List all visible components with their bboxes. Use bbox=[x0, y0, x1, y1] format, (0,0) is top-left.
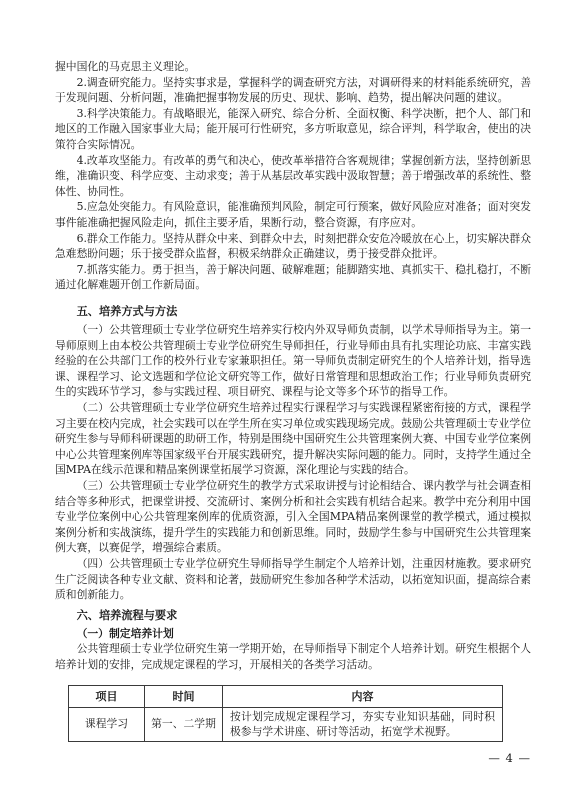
ability-item-4: 4.改革攻坚能力。有改革的勇气和决心，使改革举措符合客观规律；掌握创新方法，坚持… bbox=[55, 153, 531, 200]
section-6-heading: 六、培养流程与要求 bbox=[55, 608, 531, 624]
ability-item-7: 7.抓落实能力。勇于担当，善于解决问题、破解难题；能脚踏实地、真抓实干、稳扎稳打… bbox=[55, 262, 531, 293]
ability-item-5: 5.应急处突能力。有风险意识，能准确预判风险，制定可行预案，做好风险应对准备；面… bbox=[55, 199, 531, 230]
table-header-time: 时间 bbox=[145, 685, 223, 707]
document-page: 握中国化的马克思主义理论。 2.调查研究能力。坚持实事求是，掌握科学的调查研究方… bbox=[0, 0, 570, 798]
table-header-row: 项目 时间 内容 bbox=[69, 685, 503, 707]
table-header-content: 内容 bbox=[223, 685, 503, 707]
table-row: 课程学习 第一、二学期 按计划完成规定课程学习，夯实专业知识基础，同时积极参与学… bbox=[69, 707, 503, 741]
ability-item-3: 3.科学决策能力。有战略眼光，能深入研究、综合分析、全面权衡、科学决断，把个人、… bbox=[55, 106, 531, 153]
paragraph-continuation: 握中国化的马克思主义理论。 bbox=[55, 59, 531, 75]
section-5-paragraph-1: （一）公共管理硕士专业学位研究生培养实行校内外双导师负责制，以学术导师指导为主。… bbox=[55, 322, 531, 400]
table-cell-project: 课程学习 bbox=[69, 707, 145, 741]
section-5-paragraph-3: （三）公共管理硕士专业学位研究生的教学方式采取讲授与讨论相结合、课内教学与社会调… bbox=[55, 478, 531, 556]
page-number: — 4 — bbox=[55, 751, 531, 765]
table-header-project: 项目 bbox=[69, 685, 145, 707]
ability-item-6: 6.群众工作能力。坚持从群众中来、到群众中去，时刻把群众安危冷暖放在心上，切实解… bbox=[55, 231, 531, 262]
section-5-paragraph-4: （四）公共管理硕士专业学位研究生导师指导学生制定个人培养计划，注重因材施教。要求… bbox=[55, 556, 531, 603]
table-cell-content: 按计划完成规定课程学习，夯实专业知识基础，同时积极参与学术讲座、研讨等活动，拓宽… bbox=[223, 707, 503, 741]
table-cell-time: 第一、二学期 bbox=[145, 707, 223, 741]
ability-item-2: 2.调查研究能力。坚持实事求是，掌握科学的调查研究方法，对调研得来的材料能系统研… bbox=[55, 75, 531, 106]
section-5-heading: 五、培养方式与方法 bbox=[55, 304, 531, 320]
training-schedule-table: 项目 时间 内容 课程学习 第一、二学期 按计划完成规定课程学习，夯实专业知识基… bbox=[68, 685, 503, 742]
section-6-intro: 公共管理硕士专业学位研究生第一学期开始，在导师指导下制定个人培养计划。研究生根据… bbox=[55, 641, 531, 672]
section-5-paragraph-2: （二）公共管理硕士专业学位研究生培养过程实行课程学习与实践课程紧密衔接的方式，课… bbox=[55, 400, 531, 478]
section-6-subheading: （一）制定培养计划 bbox=[55, 626, 531, 642]
page-content: 握中国化的马克思主义理论。 2.调查研究能力。坚持实事求是，掌握科学的调查研究方… bbox=[55, 59, 531, 765]
